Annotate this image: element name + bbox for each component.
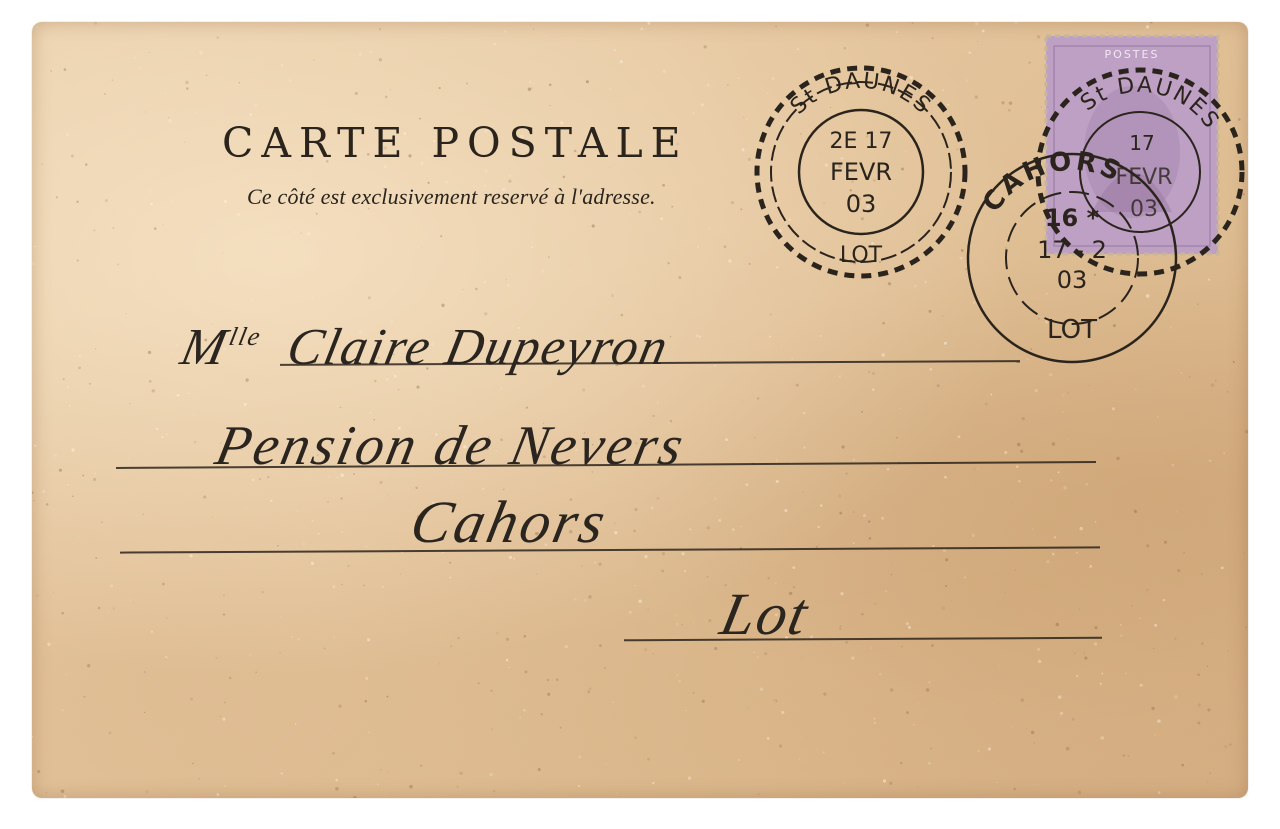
svg-text:LOT: LOT <box>1047 315 1097 345</box>
stamp-label: POSTES <box>1105 48 1160 61</box>
svg-text:FEVR: FEVR <box>830 158 892 186</box>
svg-text:03: 03 <box>1057 266 1088 294</box>
svg-text:16 *: 16 * <box>1045 204 1100 232</box>
svg-text:2E 17: 2E 17 <box>830 129 893 154</box>
svg-text:17: 17 <box>1129 131 1154 155</box>
svg-text:St DAUNES: St DAUNES <box>786 69 936 120</box>
svg-text:LOT: LOT <box>840 243 883 268</box>
stamp-and-postmarks: POSTES St DAUNES 2E 17 FEVR 03 LOT St DA… <box>32 22 1248 798</box>
svg-text:03: 03 <box>1130 197 1158 222</box>
svg-text:03: 03 <box>846 190 877 218</box>
postcard: CARTE POSTALE Ce côté est exclusivement … <box>32 22 1248 798</box>
postmark-st-daunes: St DAUNES 2E 17 FEVR 03 LOT <box>757 68 965 276</box>
svg-text:17 - 2: 17 - 2 <box>1037 236 1107 264</box>
